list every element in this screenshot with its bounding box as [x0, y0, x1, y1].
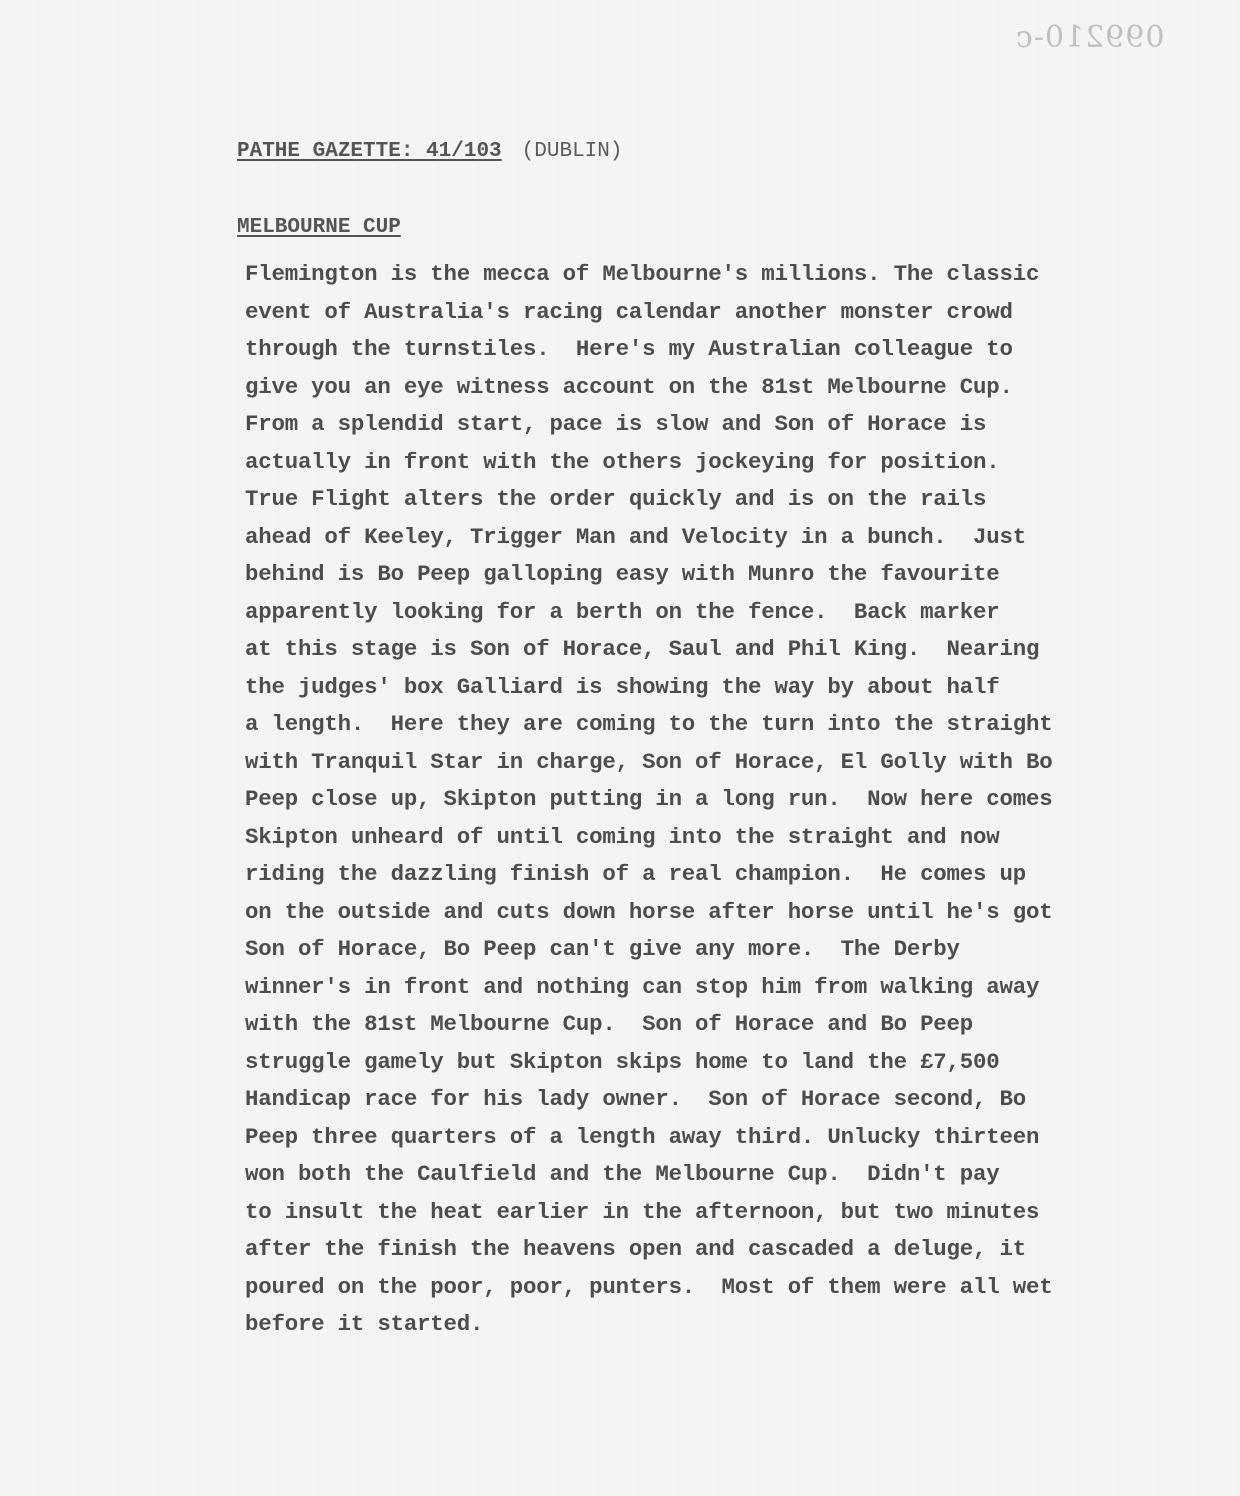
body-line: Skipton unheard of until coming into the… [245, 819, 1205, 857]
body-line: the judges' box Galliard is showing the … [245, 669, 1205, 707]
body-line: after the finish the heavens open and ca… [245, 1231, 1205, 1269]
body-line: through the turnstiles. Here's my Austra… [245, 331, 1205, 369]
body-line: before it started. [245, 1306, 1205, 1344]
body-line: True Flight alters the order quickly and… [245, 481, 1205, 519]
handwritten-reference-number: 099210-c [1015, 20, 1164, 55]
body-line: on the outside and cuts down horse after… [245, 894, 1205, 932]
body-line: with Tranquil Star in charge, Son of Hor… [245, 744, 1205, 782]
body-line: Flemington is the mecca of Melbourne's m… [245, 256, 1205, 294]
body-line: actually in front with the others jockey… [245, 444, 1205, 482]
body-line: to insult the heat earlier in the aftern… [245, 1194, 1205, 1232]
body-line: Peep close up, Skipton putting in a long… [245, 781, 1205, 819]
body-line: with the 81st Melbourne Cup. Son of Hora… [245, 1006, 1205, 1044]
body-line: event of Australia's racing calendar ano… [245, 294, 1205, 332]
body-line: winner's in front and nothing can stop h… [245, 969, 1205, 1007]
body-line: Peep three quarters of a length away thi… [245, 1119, 1205, 1157]
document-page: 099210-c PATHE GAZETTE: 41/103(DUBLIN) M… [0, 0, 1240, 1496]
body-line: behind is Bo Peep galloping easy with Mu… [245, 556, 1205, 594]
body-line: poured on the poor, poor, punters. Most … [245, 1269, 1205, 1307]
body-line: at this stage is Son of Horace, Saul and… [245, 631, 1205, 669]
body-line: struggle gamely but Skipton skips home t… [245, 1044, 1205, 1082]
header-location: (DUBLIN) [522, 140, 623, 163]
body-line: won both the Caulfield and the Melbourne… [245, 1156, 1205, 1194]
body-line: Son of Horace, Bo Peep can't give any mo… [245, 931, 1205, 969]
subject-heading: MELBOURNE CUP [237, 216, 401, 239]
body-line: riding the dazzling finish of a real cha… [245, 856, 1205, 894]
body-text: Flemington is the mecca of Melbourne's m… [245, 256, 1205, 1344]
body-line: a length. Here they are coming to the tu… [245, 706, 1205, 744]
body-line: ahead of Keeley, Trigger Man and Velocit… [245, 519, 1205, 557]
body-line: apparently looking for a berth on the fe… [245, 594, 1205, 632]
body-line: From a splendid start, pace is slow and … [245, 406, 1205, 444]
body-line: give you an eye witness account on the 8… [245, 369, 1205, 407]
header-title: PATHE GAZETTE: 41/103 [237, 140, 502, 163]
document-header: PATHE GAZETTE: 41/103(DUBLIN) [237, 140, 622, 163]
body-line: Handicap race for his lady owner. Son of… [245, 1081, 1205, 1119]
